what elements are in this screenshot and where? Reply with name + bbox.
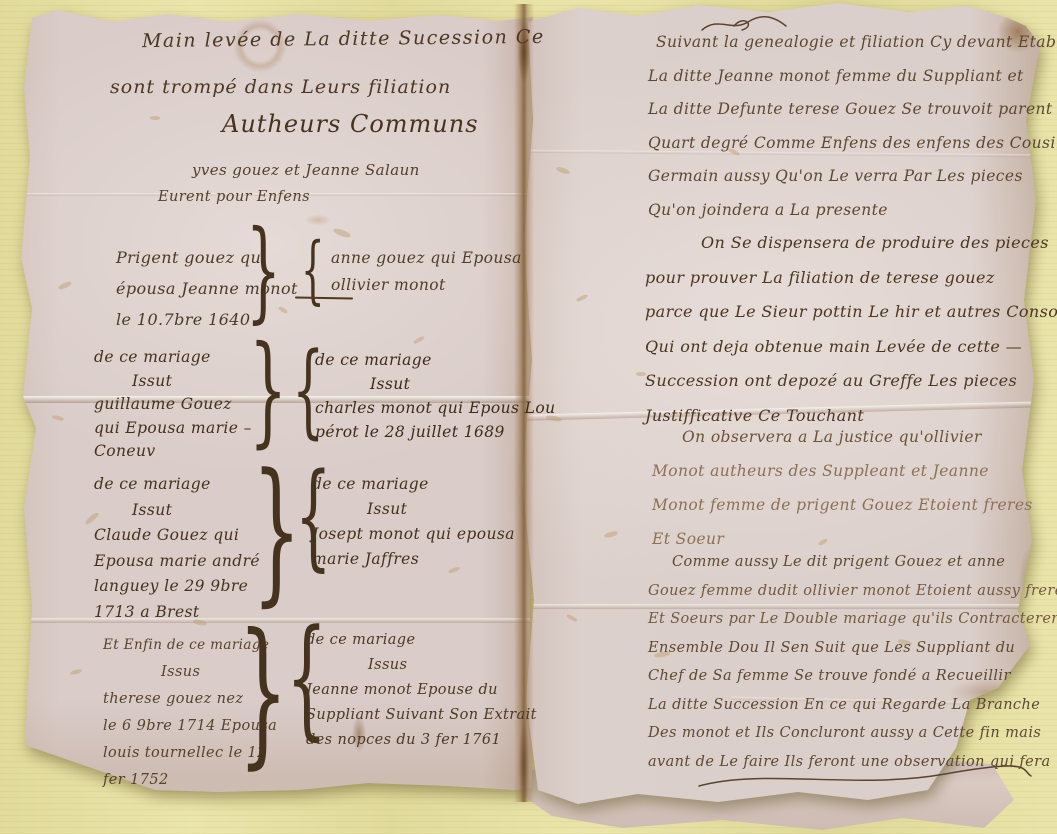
manuscript-line: Jeanne monot Epouse du <box>306 678 537 703</box>
manuscript-line: guillaume Gouez <box>94 393 252 417</box>
manuscript-line: Suivant la genealogie et filiation Cy de… <box>656 26 1057 60</box>
genealogy-block: de ce mariage Issut Claude Gouez qui Epo… <box>94 472 260 625</box>
paragraph: Comme aussy Le dit prigent Gouez et anne… <box>648 548 1057 776</box>
manuscript-line: Chef de Sa femme Se trouve fondé a Recue… <box>648 662 1057 691</box>
genealogy-block: de ce mariage Issut guillaume Gouez qui … <box>94 346 252 464</box>
handwritten-text-layer: Main levée de La ditte Sucession Ce sont… <box>0 0 1057 834</box>
manuscript-line: marie Jaffres <box>312 547 515 572</box>
manuscript-line: de ce mariage <box>94 472 260 498</box>
manuscript-line: Issut <box>370 372 555 396</box>
manuscript-line: de ce mariage <box>315 348 555 372</box>
genealogy-brace: } <box>249 336 287 446</box>
manuscript-line: de ce mariage <box>306 628 537 653</box>
manuscript-line: anne gouez qui Epousa <box>331 245 522 272</box>
genealogy-block: de ce mariage Issut charles monot qui Ep… <box>315 348 555 444</box>
manuscript-line: Qui ont deja obtenue main Levée de cette… <box>645 330 1057 365</box>
manuscript-line: de ce mariage <box>94 346 252 370</box>
manuscript-line: yves gouez et Jeanne Salaun <box>192 161 420 179</box>
manuscript-line: Monot femme de prigent Gouez Etoient fre… <box>652 488 1033 522</box>
manuscript-line: Comme aussy Le dit prigent Gouez et anne <box>672 548 1057 577</box>
manuscript-line: ollivier monot <box>331 272 522 299</box>
manuscript-line: On Se dispensera de produire des pieces <box>701 226 1057 261</box>
genealogy-block: de ce mariage Issus Jeanne monot Epouse … <box>306 628 537 753</box>
manuscript-line: qui Epousa marie – <box>94 417 252 441</box>
section-heading: Autheurs Communs <box>222 110 479 138</box>
paragraph: On observera a La justice qu'ollivier Mo… <box>652 420 1033 556</box>
genealogy-brace: { <box>301 236 325 304</box>
manuscript-line: parce que Le Sieur pottin Le hir et autr… <box>645 295 1057 330</box>
manuscript-line: Et Soeurs par Le Double mariage qu'ils C… <box>648 605 1057 634</box>
manuscript-line: charles monot qui Epous Lou <box>315 396 555 420</box>
manuscript-line: Succession ont depozé au Greffe Les piec… <box>645 364 1057 399</box>
genealogy-brace: } <box>252 460 301 603</box>
manuscript-line: Gouez femme dudit ollivier monot Etoient… <box>648 577 1057 606</box>
manuscript-line: On observera a La justice qu'ollivier <box>682 420 1033 454</box>
title-line: sont trompé dans Leurs filiation <box>110 76 451 98</box>
paragraph: Suivant la genealogie et filiation Cy de… <box>648 26 1057 227</box>
manuscript-line: pour prouver La filiation de terese goue… <box>645 261 1057 296</box>
manuscript-line: pérot le 28 juillet 1689 <box>315 420 555 444</box>
genealogy-brace: } <box>238 620 288 765</box>
manuscript-line: languey le 29 9bre <box>94 574 260 600</box>
manuscript-line: Issut <box>132 498 260 524</box>
manuscript-line: Des monot et Ils Concluront aussy a Cett… <box>648 719 1057 748</box>
manuscript-line: de ce mariage <box>312 472 515 497</box>
manuscript-photo: Main levée de La ditte Sucession Ce sont… <box>0 0 1057 834</box>
manuscript-line: Coneuv <box>94 440 252 464</box>
manuscript-line: La ditte Succession En ce qui Regarde La… <box>648 691 1057 720</box>
ink-flourish <box>695 764 1035 790</box>
manuscript-line: Epousa marie andré <box>94 549 260 575</box>
manuscript-line: 1713 a Brest <box>94 600 260 626</box>
manuscript-line: Issus <box>368 653 537 678</box>
genealogy-block: de ce mariage Issut Josept monot qui epo… <box>312 472 515 572</box>
title-line: Main levée de La ditte Sucession Ce <box>142 26 545 52</box>
manuscript-line: La ditte Jeanne monot femme du Suppliant… <box>648 60 1057 94</box>
manuscript-line: Suppliant Suivant Son Extrait <box>306 703 537 728</box>
manuscript-line: Eurent pour Enfens <box>158 189 310 205</box>
manuscript-line: Claude Gouez qui <box>94 523 260 549</box>
manuscript-line: Qu'on joindera a La presente <box>648 194 1057 228</box>
manuscript-line: Quart degré Comme Enfens des enfens des … <box>648 127 1057 161</box>
manuscript-line: Issut <box>132 370 252 394</box>
manuscript-line: Monot autheurs des Suppleant et Jeanne <box>652 454 1033 488</box>
manuscript-line: Issut <box>367 497 515 522</box>
manuscript-line: Germain aussy Qu'on Le verra Par Les pie… <box>648 160 1057 194</box>
genealogy-brace: } <box>246 220 281 321</box>
manuscript-line: Ensemble Dou Il Sen Suit que Les Supplia… <box>648 634 1057 663</box>
manuscript-line: La ditte Defunte terese Gouez Se trouvoi… <box>648 93 1057 127</box>
genealogy-block: anne gouez qui Epousa ollivier monot <box>331 245 522 299</box>
manuscript-line: Josept monot qui epousa <box>312 522 515 547</box>
manuscript-line: des nopces du 3 fer 1761 <box>306 728 537 753</box>
paragraph: On Se dispensera de produire des pieces … <box>645 226 1057 433</box>
